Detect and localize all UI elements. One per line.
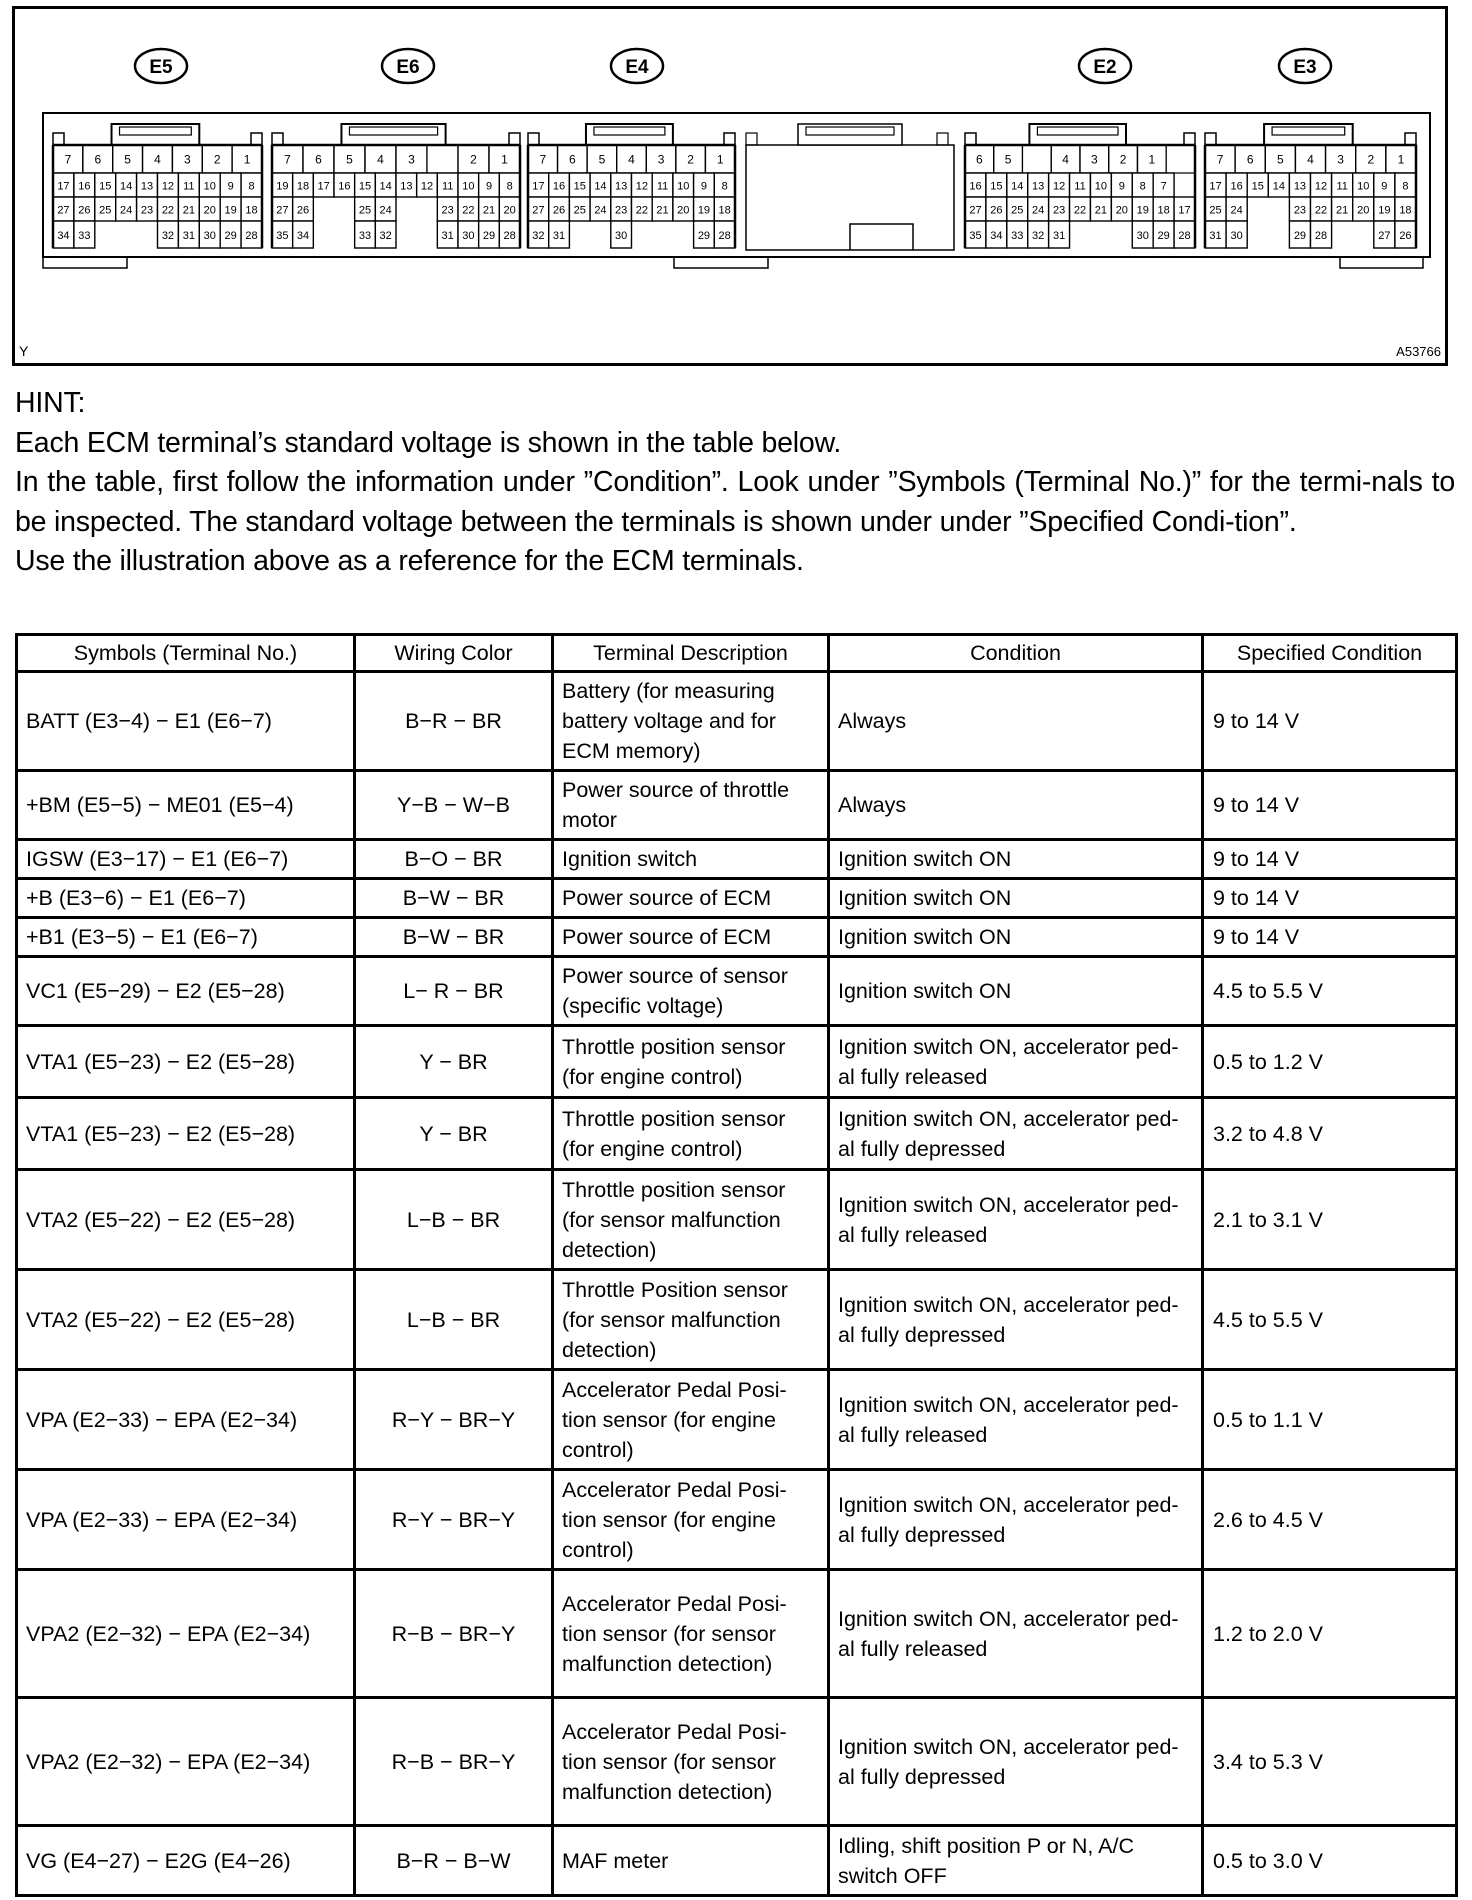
svg-text:14: 14 [120, 181, 132, 193]
svg-text:11: 11 [1074, 181, 1085, 193]
svg-text:19: 19 [698, 205, 710, 217]
cell-terminal-description: Accelerator Pedal Posi-tion sensor (for … [553, 1370, 829, 1470]
cell-terminal-description: MAF meter [553, 1826, 829, 1896]
cell-terminal-description: Ignition switch [553, 840, 829, 879]
svg-text:16: 16 [1231, 181, 1243, 193]
header-terminal-description: Terminal Description [553, 635, 829, 672]
svg-text:15: 15 [359, 181, 371, 193]
cell-specified-condition: 4.5 to 5.5 V [1203, 1270, 1457, 1370]
table-row: VPA2 (E2−32) − EPA (E2−34)R−B − BR−YAcce… [17, 1698, 1457, 1826]
cell-wiring-color: R−B − BR−Y [355, 1570, 553, 1698]
svg-text:12: 12 [636, 181, 648, 193]
svg-text:17: 17 [318, 181, 330, 193]
cell-condition: Ignition switch ON [829, 879, 1203, 918]
cell-condition: Ignition switch ON, accelerator ped-al f… [829, 1270, 1203, 1370]
svg-text:29: 29 [698, 230, 710, 242]
svg-text:18: 18 [297, 181, 309, 193]
svg-text:9: 9 [228, 181, 234, 193]
svg-text:31: 31 [1053, 230, 1065, 242]
cell-specified-condition: 9 to 14 V [1203, 771, 1457, 840]
svg-text:11: 11 [183, 181, 194, 193]
cell-specified-condition: 9 to 14 V [1203, 918, 1457, 957]
svg-text:10: 10 [1357, 181, 1369, 193]
table-header-row: Symbols (Terminal No.) Wiring Color Term… [17, 635, 1457, 672]
svg-text:7: 7 [1161, 181, 1167, 193]
cell-condition: Ignition switch ON [829, 840, 1203, 879]
svg-text:24: 24 [1032, 205, 1044, 217]
svg-text:22: 22 [1315, 205, 1327, 217]
cell-wiring-color: B−R − B−W [355, 1826, 553, 1896]
cell-symbols: VTA2 (E5−22) − E2 (E5−28) [17, 1270, 355, 1370]
cell-condition: Ignition switch ON, accelerator ped-al f… [829, 1470, 1203, 1570]
svg-text:4: 4 [377, 153, 384, 167]
cell-terminal-description: Accelerator Pedal Posi-tion sensor (for … [553, 1570, 829, 1698]
cell-terminal-description: Throttle position sensor (for engine con… [553, 1098, 829, 1170]
table-row: +BM (E5−5) − ME01 (E5−4)Y−B − W−BPower s… [17, 771, 1457, 840]
cell-wiring-color: B−R − BR [355, 672, 553, 771]
svg-text:31: 31 [183, 230, 195, 242]
svg-text:27: 27 [57, 205, 69, 217]
svg-text:31: 31 [553, 230, 565, 242]
table-row: VTA2 (E5−22) − E2 (E5−28)L−B − BRThrottl… [17, 1170, 1457, 1270]
table-row: VPA (E2−33) − EPA (E2−34)R−Y − BR−YAccel… [17, 1370, 1457, 1470]
cell-wiring-color: L− R − BR [355, 957, 553, 1026]
svg-text:3: 3 [184, 153, 191, 167]
svg-text:30: 30 [204, 230, 216, 242]
cell-wiring-color: Y−B − W−B [355, 771, 553, 840]
svg-text:8: 8 [248, 181, 254, 193]
svg-text:13: 13 [615, 181, 627, 193]
svg-text:5: 5 [1277, 153, 1284, 167]
svg-text:10: 10 [204, 181, 216, 193]
svg-text:17: 17 [1209, 181, 1221, 193]
svg-text:1: 1 [501, 153, 508, 167]
cell-symbols: +BM (E5−5) − ME01 (E5−4) [17, 771, 355, 840]
cell-specified-condition: 0.5 to 3.0 V [1203, 1826, 1457, 1896]
svg-text:29: 29 [225, 230, 237, 242]
svg-text:26: 26 [78, 205, 90, 217]
svg-text:24: 24 [594, 205, 606, 217]
svg-text:3: 3 [408, 153, 415, 167]
svg-text:23: 23 [141, 205, 153, 217]
svg-text:4: 4 [1062, 153, 1069, 167]
svg-text:23: 23 [442, 205, 454, 217]
header-wiring-color: Wiring Color [355, 635, 553, 672]
svg-text:28: 28 [1178, 230, 1190, 242]
svg-text:30: 30 [1137, 230, 1149, 242]
hint-section: HINT: Each ECM terminal’s standard volta… [15, 384, 1455, 582]
cell-wiring-color: R−Y − BR−Y [355, 1370, 553, 1470]
svg-text:5: 5 [346, 153, 353, 167]
svg-text:26: 26 [297, 205, 309, 217]
svg-text:3: 3 [1337, 153, 1344, 167]
svg-text:23: 23 [615, 205, 627, 217]
connector-label: E6 [396, 57, 419, 78]
table-row: VPA2 (E2−32) − EPA (E2−34)R−B − BR−YAcce… [17, 1570, 1457, 1698]
svg-text:20: 20 [204, 205, 216, 217]
figure-code-left: Y [19, 343, 28, 359]
cell-wiring-color: R−B − BR−Y [355, 1698, 553, 1826]
svg-text:25: 25 [359, 205, 371, 217]
cell-terminal-description: Power source of sensor (specific voltage… [553, 957, 829, 1026]
svg-text:34: 34 [297, 230, 309, 242]
connector-label: E3 [1293, 57, 1316, 78]
cell-specified-condition: 3.2 to 4.8 V [1203, 1098, 1457, 1170]
cell-symbols: VPA2 (E2−32) − EPA (E2−34) [17, 1698, 355, 1826]
svg-text:2: 2 [687, 153, 694, 167]
svg-text:21: 21 [1095, 205, 1107, 217]
svg-text:22: 22 [462, 205, 474, 217]
svg-text:16: 16 [338, 181, 350, 193]
svg-text:7: 7 [284, 153, 291, 167]
table-row: +B (E3−6) − E1 (E6−7)B−W − BRPower sourc… [17, 879, 1457, 918]
svg-text:20: 20 [677, 205, 689, 217]
svg-text:28: 28 [1315, 230, 1327, 242]
svg-text:18: 18 [1158, 205, 1170, 217]
svg-text:32: 32 [380, 230, 392, 242]
svg-text:14: 14 [1273, 181, 1285, 193]
svg-text:20: 20 [1357, 205, 1369, 217]
svg-text:8: 8 [1140, 181, 1146, 193]
svg-text:33: 33 [359, 230, 371, 242]
svg-text:13: 13 [1294, 181, 1306, 193]
cell-specified-condition: 0.5 to 1.1 V [1203, 1370, 1457, 1470]
svg-text:29: 29 [1158, 230, 1170, 242]
cell-specified-condition: 2.1 to 3.1 V [1203, 1170, 1457, 1270]
svg-text:16: 16 [553, 181, 565, 193]
svg-text:12: 12 [1315, 181, 1327, 193]
figure-code-right: A53766 [1396, 344, 1441, 359]
svg-text:25: 25 [574, 205, 586, 217]
svg-text:19: 19 [1378, 205, 1390, 217]
svg-text:18: 18 [245, 205, 257, 217]
svg-text:14: 14 [1011, 181, 1023, 193]
svg-text:22: 22 [636, 205, 648, 217]
cell-symbols: VTA1 (E5−23) − E2 (E5−28) [17, 1098, 355, 1170]
svg-text:21: 21 [656, 205, 668, 217]
svg-text:10: 10 [462, 181, 474, 193]
svg-text:12: 12 [421, 181, 433, 193]
svg-text:10: 10 [677, 181, 689, 193]
svg-text:4: 4 [154, 153, 161, 167]
connector-diagram: E576543211716151413121110982726252423222… [0, 0, 1472, 380]
cell-specified-condition: 9 to 14 V [1203, 672, 1457, 771]
svg-text:32: 32 [1032, 230, 1044, 242]
svg-text:25: 25 [99, 205, 111, 217]
cell-wiring-color: Y − BR [355, 1098, 553, 1170]
cell-condition: Ignition switch ON, accelerator ped-al f… [829, 1370, 1203, 1470]
cell-terminal-description: Accelerator Pedal Posi-tion sensor (for … [553, 1698, 829, 1826]
svg-text:21: 21 [483, 205, 495, 217]
svg-text:27: 27 [969, 205, 981, 217]
svg-text:17: 17 [1178, 205, 1190, 217]
ecm-connector-illustration: E576543211716151413121110982726252423222… [12, 6, 1448, 366]
cell-specified-condition: 4.5 to 5.5 V [1203, 957, 1457, 1026]
svg-text:11: 11 [1336, 181, 1347, 193]
svg-text:3: 3 [658, 153, 665, 167]
svg-text:7: 7 [65, 153, 72, 167]
svg-text:8: 8 [722, 181, 728, 193]
svg-text:12: 12 [1053, 181, 1065, 193]
svg-text:9: 9 [701, 181, 707, 193]
svg-text:32: 32 [162, 230, 174, 242]
cell-symbols: +B (E3−6) − E1 (E6−7) [17, 879, 355, 918]
cell-condition: Ignition switch ON, accelerator ped-al f… [829, 1026, 1203, 1098]
svg-text:25: 25 [1209, 205, 1221, 217]
cell-condition: Always [829, 771, 1203, 840]
header-symbols: Symbols (Terminal No.) [17, 635, 355, 672]
svg-text:11: 11 [657, 181, 668, 193]
svg-text:1: 1 [717, 153, 724, 167]
svg-text:1: 1 [244, 153, 251, 167]
cell-wiring-color: B−W − BR [355, 879, 553, 918]
cell-symbols: +B1 (E3−5) − E1 (E6−7) [17, 918, 355, 957]
svg-text:20: 20 [1116, 205, 1128, 217]
cell-terminal-description: Power source of ECM [553, 918, 829, 957]
header-condition: Condition [829, 635, 1203, 672]
cell-wiring-color: B−W − BR [355, 918, 553, 957]
svg-text:2: 2 [214, 153, 221, 167]
cell-symbols: VPA (E2−33) − EPA (E2−34) [17, 1470, 355, 1570]
svg-text:19: 19 [225, 205, 237, 217]
table-row: VTA1 (E5−23) − E2 (E5−28)Y − BRThrottle … [17, 1026, 1457, 1098]
svg-text:26: 26 [1399, 230, 1411, 242]
svg-text:31: 31 [1209, 230, 1221, 242]
svg-text:2: 2 [1120, 153, 1127, 167]
table-row: BATT (E3−4) − E1 (E6−7)B−R − BRBattery (… [17, 672, 1457, 771]
cell-condition: Ignition switch ON, accelerator ped-al f… [829, 1170, 1203, 1270]
svg-text:9: 9 [486, 181, 492, 193]
cell-condition: Idling, shift position P or N, A/C switc… [829, 1826, 1203, 1896]
cell-condition: Ignition switch ON, accelerator ped-al f… [829, 1570, 1203, 1698]
svg-text:30: 30 [615, 230, 627, 242]
connector-label: E2 [1093, 57, 1116, 78]
svg-text:15: 15 [574, 181, 586, 193]
svg-text:18: 18 [719, 205, 731, 217]
cell-wiring-color: R−Y − BR−Y [355, 1470, 553, 1570]
svg-text:6: 6 [315, 153, 322, 167]
cell-terminal-description: Throttle position sensor (for sensor mal… [553, 1170, 829, 1270]
svg-text:14: 14 [594, 181, 606, 193]
svg-text:6: 6 [94, 153, 101, 167]
svg-text:15: 15 [1252, 181, 1264, 193]
svg-text:8: 8 [1402, 181, 1408, 193]
cell-condition: Always [829, 672, 1203, 771]
svg-text:11: 11 [442, 181, 453, 193]
svg-text:15: 15 [990, 181, 1002, 193]
table-row: VC1 (E5−29) − E2 (E5−28)L− R − BRPower s… [17, 957, 1457, 1026]
svg-text:12: 12 [162, 181, 174, 193]
cell-symbols: VTA1 (E5−23) − E2 (E5−28) [17, 1026, 355, 1098]
ecm-terminal-voltage-table: Symbols (Terminal No.) Wiring Color Term… [15, 633, 1458, 1897]
hint-line-1: Each ECM terminal’s standard voltage is … [15, 424, 1455, 464]
svg-text:28: 28 [245, 230, 257, 242]
svg-text:24: 24 [380, 205, 392, 217]
svg-text:1: 1 [1398, 153, 1405, 167]
svg-text:27: 27 [1378, 230, 1390, 242]
cell-wiring-color: L−B − BR [355, 1270, 553, 1370]
svg-text:22: 22 [162, 205, 174, 217]
cell-symbols: VPA (E2−33) − EPA (E2−34) [17, 1370, 355, 1470]
cell-specified-condition: 9 to 14 V [1203, 879, 1457, 918]
cell-terminal-description: Power source of throttle motor [553, 771, 829, 840]
svg-text:29: 29 [483, 230, 495, 242]
svg-text:23: 23 [1294, 205, 1306, 217]
cell-specified-condition: 2.6 to 4.5 V [1203, 1470, 1457, 1570]
svg-text:17: 17 [57, 181, 69, 193]
svg-text:26: 26 [990, 205, 1002, 217]
cell-specified-condition: 3.4 to 5.3 V [1203, 1698, 1457, 1826]
svg-text:27: 27 [276, 205, 288, 217]
cell-wiring-color: B−O − BR [355, 840, 553, 879]
cell-condition: Ignition switch ON, accelerator ped-al f… [829, 1698, 1203, 1826]
svg-text:31: 31 [442, 230, 454, 242]
svg-text:10: 10 [1095, 181, 1107, 193]
svg-text:35: 35 [969, 230, 981, 242]
connector-label: E4 [625, 57, 649, 78]
svg-text:24: 24 [120, 205, 132, 217]
svg-text:30: 30 [462, 230, 474, 242]
cell-specified-condition: 1.2 to 2.0 V [1203, 1570, 1457, 1698]
svg-text:34: 34 [990, 230, 1002, 242]
cell-symbols: BATT (E3−4) − E1 (E6−7) [17, 672, 355, 771]
svg-text:13: 13 [141, 181, 153, 193]
cell-wiring-color: Y − BR [355, 1026, 553, 1098]
cell-condition: Ignition switch ON [829, 957, 1203, 1026]
table-row: VG (E4−27) − E2G (E4−26)B−R − B−WMAF met… [17, 1826, 1457, 1896]
svg-text:5: 5 [124, 153, 131, 167]
svg-text:1: 1 [1149, 153, 1156, 167]
svg-text:23: 23 [1053, 205, 1065, 217]
svg-text:5: 5 [599, 153, 606, 167]
cell-terminal-description: Power source of ECM [553, 879, 829, 918]
cell-symbols: VC1 (E5−29) − E2 (E5−28) [17, 957, 355, 1026]
cell-symbols: VPA2 (E2−32) − EPA (E2−34) [17, 1570, 355, 1698]
header-specified-condition: Specified Condition [1203, 635, 1457, 672]
cell-wiring-color: L−B − BR [355, 1170, 553, 1270]
hint-title: HINT: [15, 384, 1455, 424]
svg-text:4: 4 [1307, 153, 1314, 167]
svg-text:24: 24 [1231, 205, 1243, 217]
svg-text:22: 22 [1074, 205, 1086, 217]
svg-text:8: 8 [507, 181, 513, 193]
svg-text:33: 33 [78, 230, 90, 242]
svg-text:13: 13 [400, 181, 412, 193]
cell-terminal-description: Throttle position sensor (for engine con… [553, 1026, 829, 1098]
connector-label: E5 [149, 57, 173, 78]
table-row: VPA (E2−33) − EPA (E2−34)R−Y − BR−YAccel… [17, 1470, 1457, 1570]
svg-text:7: 7 [539, 153, 546, 167]
svg-text:28: 28 [719, 230, 731, 242]
svg-text:26: 26 [553, 205, 565, 217]
svg-text:3: 3 [1091, 153, 1098, 167]
cell-terminal-description: Battery (for measuring battery voltage a… [553, 672, 829, 771]
cell-symbols: VG (E4−27) − E2G (E4−26) [17, 1826, 355, 1896]
svg-text:29: 29 [1294, 230, 1306, 242]
svg-text:4: 4 [628, 153, 635, 167]
svg-text:14: 14 [380, 181, 392, 193]
cell-terminal-description: Accelerator Pedal Posi-tion sensor (for … [553, 1470, 829, 1570]
svg-text:19: 19 [1137, 205, 1149, 217]
cell-condition: Ignition switch ON, accelerator ped-al f… [829, 1098, 1203, 1170]
svg-text:34: 34 [57, 230, 69, 242]
cell-specified-condition: 9 to 14 V [1203, 840, 1457, 879]
cell-symbols: VTA2 (E5−22) − E2 (E5−28) [17, 1170, 355, 1270]
svg-text:28: 28 [504, 230, 516, 242]
svg-text:18: 18 [1399, 205, 1411, 217]
svg-text:30: 30 [1231, 230, 1243, 242]
svg-text:9: 9 [1381, 181, 1387, 193]
svg-text:7: 7 [1217, 153, 1224, 167]
svg-text:25: 25 [1011, 205, 1023, 217]
cell-condition: Ignition switch ON [829, 918, 1203, 957]
table-row: VTA1 (E5−23) − E2 (E5−28)Y − BRThrottle … [17, 1098, 1457, 1170]
svg-text:2: 2 [1367, 153, 1374, 167]
svg-text:15: 15 [99, 181, 111, 193]
svg-text:17: 17 [532, 181, 544, 193]
hint-line-3: Use the illustration above as a referenc… [15, 542, 1455, 582]
svg-text:27: 27 [532, 205, 544, 217]
table-row: VTA2 (E5−22) − E2 (E5−28)L−B − BRThrottl… [17, 1270, 1457, 1370]
svg-text:33: 33 [1011, 230, 1023, 242]
hint-line-2: In the table, first follow the informati… [15, 463, 1455, 542]
svg-text:16: 16 [969, 181, 981, 193]
svg-text:2: 2 [470, 153, 477, 167]
svg-text:13: 13 [1032, 181, 1044, 193]
svg-text:16: 16 [78, 181, 90, 193]
svg-text:5: 5 [1005, 153, 1012, 167]
svg-text:21: 21 [183, 205, 195, 217]
svg-text:35: 35 [276, 230, 288, 242]
svg-text:6: 6 [1247, 153, 1254, 167]
cell-specified-condition: 0.5 to 1.2 V [1203, 1026, 1457, 1098]
svg-text:20: 20 [504, 205, 516, 217]
cell-symbols: IGSW (E3−17) − E1 (E6−7) [17, 840, 355, 879]
table-row: +B1 (E3−5) − E1 (E6−7)B−W − BRPower sour… [17, 918, 1457, 957]
table-row: IGSW (E3−17) − E1 (E6−7)B−O − BRIgnition… [17, 840, 1457, 879]
svg-text:6: 6 [569, 153, 576, 167]
svg-text:32: 32 [532, 230, 544, 242]
svg-text:6: 6 [976, 153, 983, 167]
svg-text:21: 21 [1336, 205, 1348, 217]
svg-text:19: 19 [276, 181, 288, 193]
svg-text:9: 9 [1119, 181, 1125, 193]
cell-terminal-description: Throttle Position sensor (for sensor mal… [553, 1270, 829, 1370]
